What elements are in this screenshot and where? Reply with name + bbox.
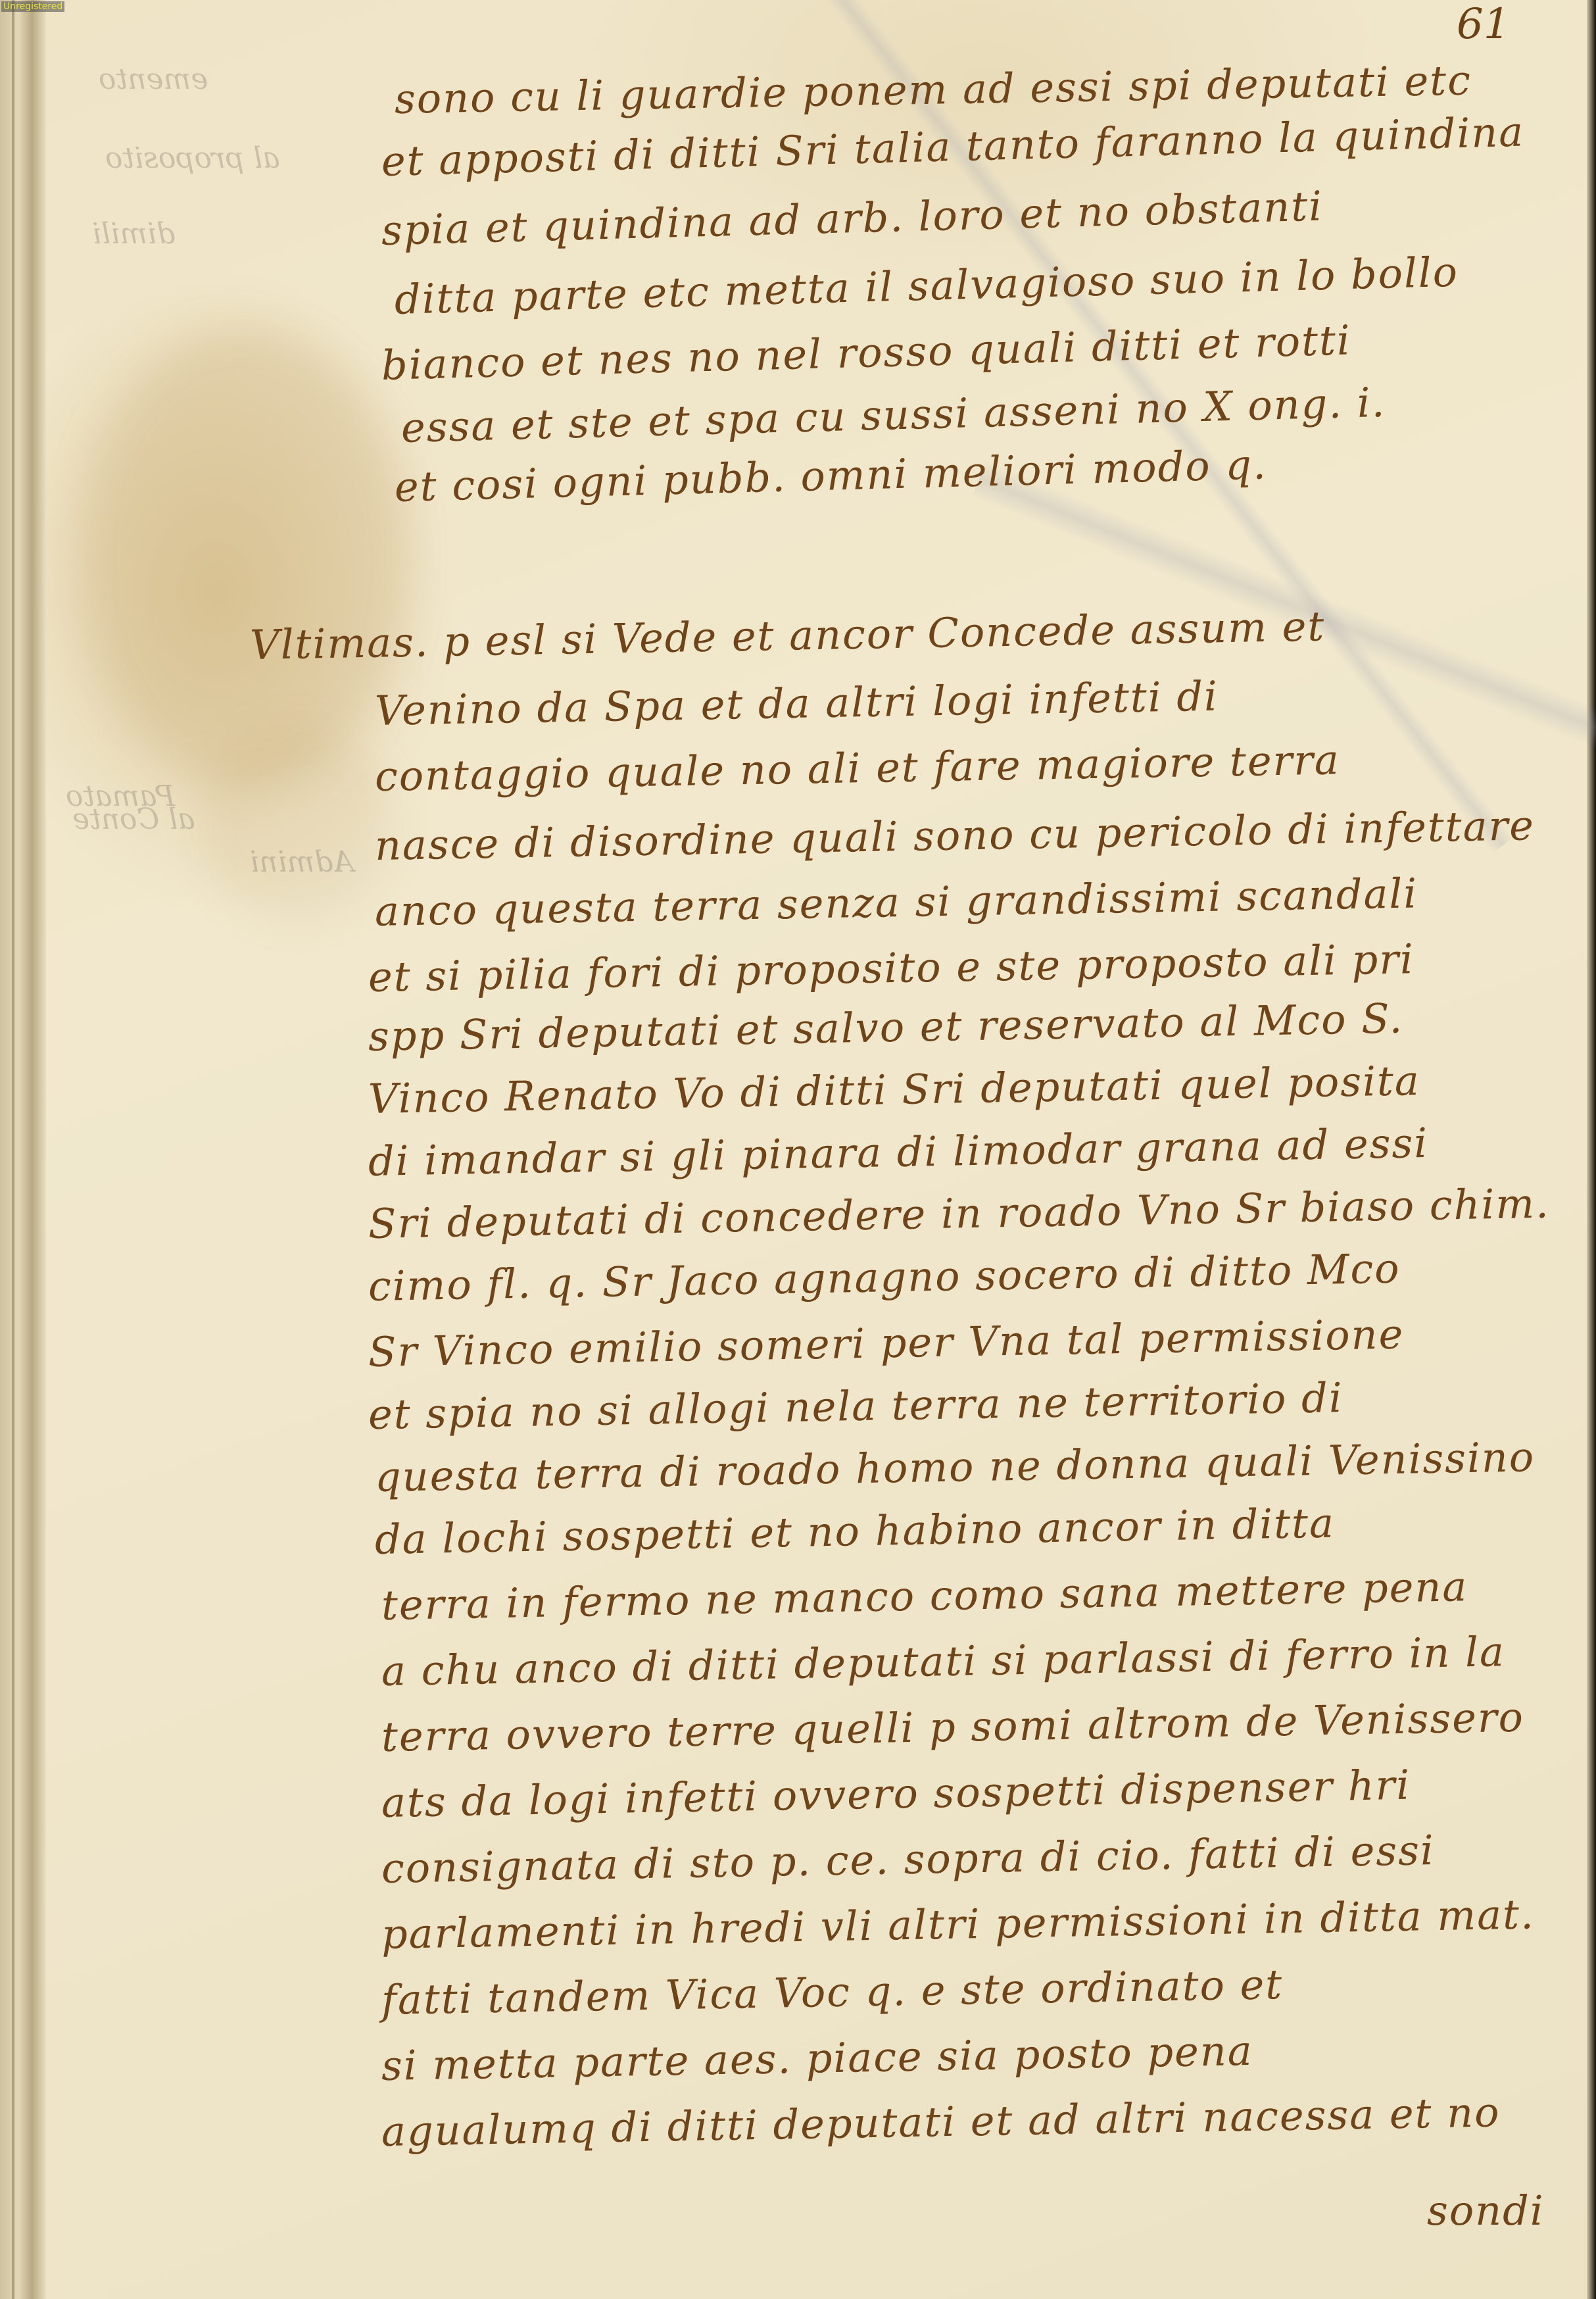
folio-number: 61: [1457, 0, 1510, 49]
manuscript-line: et cosi ogni pubb. omni meliori modo q.: [394, 444, 1267, 508]
manuscript-line: agualumq di ditti deputati et ad altri n…: [381, 2092, 1501, 2152]
manuscript-line: fatti tandem Vica Voc q. e ste ordinato …: [381, 1964, 1283, 2021]
manuscript-line: Vltimas. p esl si Vede et ancor Concede …: [249, 606, 1325, 666]
manuscript-line: et spia no si allogi nela terra ne terri…: [368, 1377, 1343, 1435]
manuscript-line: Sr Vinco emilio someri per Vna tal permi…: [368, 1314, 1404, 1373]
bleed-through-text: al proposito: [105, 141, 279, 175]
manuscript-line: di imandar si gli pinara di limodar gran…: [368, 1123, 1428, 1182]
manuscript-line: nasce di disordine quali sono cu pericol…: [374, 805, 1535, 866]
manuscript-line: terra ovvero terre quelli p somi altrom …: [381, 1697, 1524, 1758]
manuscript-line: si metta parte aes. piace sia posto pena: [381, 2031, 1253, 2087]
manuscript-line: parlamenti in hredi vli altri permission…: [381, 1894, 1535, 1955]
manuscript-line: questa terra di roado homo ne donna qual…: [374, 1437, 1535, 1498]
manuscript-page: Unregistered emento al proposito dimili …: [0, 0, 1596, 2299]
water-stain: [197, 724, 395, 921]
manuscript-line: terra in fermo ne manco como sana metter…: [381, 1566, 1468, 1626]
manuscript-line: sono cu li guardie ponem ad essi spi dep…: [394, 60, 1472, 120]
manuscript-line: Venino da Spa et da altri logi infetti d…: [374, 676, 1219, 731]
manuscript-line: consignata di sto p. ce. sopra di cio. f…: [381, 1830, 1435, 1889]
manuscript-line: contaggio quale no ali et fare magiore t…: [374, 739, 1340, 797]
manuscript-line: Sri deputati di concedere in roado Vno S…: [368, 1183, 1550, 1245]
water-stain: [79, 329, 408, 789]
manuscript-line: a chu anco di ditti deputati si parlassi…: [381, 1631, 1505, 1692]
manuscript-line: bianco et nes no nel rosso quali ditti e…: [381, 320, 1351, 386]
manuscript-line: cimo fl. q. Sr Jaco agnagno socero di di…: [368, 1248, 1400, 1307]
manuscript-line: spia et quindina ad arb. loro et no obst…: [381, 186, 1324, 251]
bleed-through-text: emento: [99, 62, 208, 96]
bleed-through-text: al Conte: [72, 803, 195, 836]
manuscript-line: spp Sri deputati et salvo et reservato a…: [368, 999, 1403, 1057]
book-binding: [0, 0, 46, 2299]
manuscript-line: ditta parte etc metta il salvagioso suo …: [394, 252, 1459, 320]
unregistered-watermark: Unregistered: [1, 1, 64, 12]
manuscript-line: Vinco Renato Vo di ditti Sri deputati qu…: [368, 1060, 1420, 1120]
manuscript-line: et apposti di ditti Sri talia tanto fara…: [381, 111, 1525, 182]
catchword: sondi: [1427, 2190, 1545, 2231]
manuscript-line: et si pilia fori di proposito e ste prop…: [368, 939, 1415, 998]
binding-edge: [12, 0, 14, 2299]
page-right-edge: [1587, 0, 1596, 2299]
manuscript-line: essa et ste et spa cu sussi asseni no X …: [400, 382, 1386, 449]
manuscript-line: da lochi sospetti et no habino ancor in …: [374, 1503, 1335, 1560]
bleed-through-text: Admini: [250, 845, 354, 879]
manuscript-line: ats da logi infetti ovvero sospetti disp…: [381, 1765, 1411, 1823]
manuscript-line: anco questa terra senza si grandissimi s…: [374, 873, 1418, 932]
bleed-through-text: dimili: [92, 217, 175, 251]
